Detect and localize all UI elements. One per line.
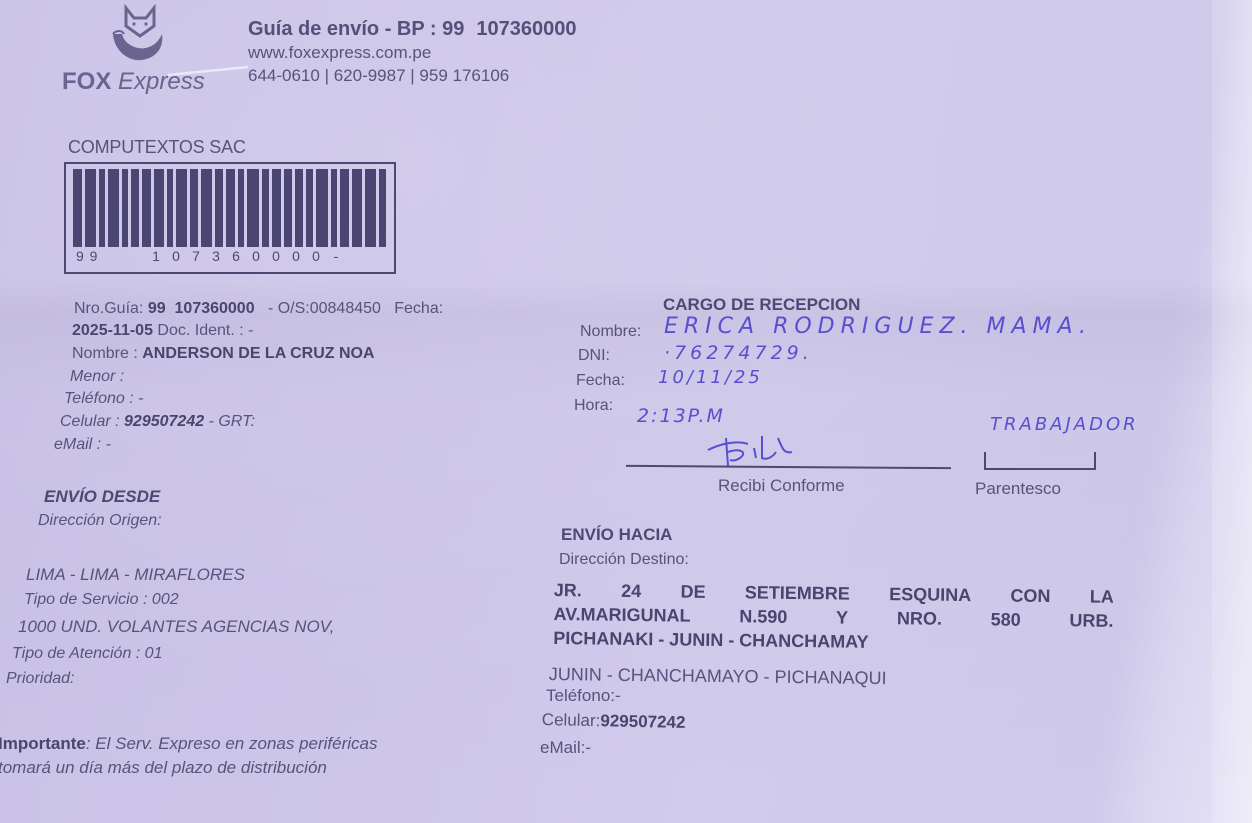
- date-doc-line: 2025-11-05 Doc. Ident. : -: [72, 322, 253, 340]
- shipment-description: 1000 UND. VOLANTES AGENCIAS NOV,: [18, 617, 334, 637]
- receiver-dni-handwritten: ·76274729.: [664, 342, 813, 364]
- receipt-date-label: Fecha:: [576, 372, 625, 390]
- destination-celular-value: 929507242: [600, 711, 685, 732]
- envio-hacia-title: ENVÍO HACIA: [561, 525, 672, 545]
- barcode-digit: 0: [306, 248, 326, 264]
- order-service: - O/S:00848450: [268, 300, 381, 317]
- telefono-field: Teléfono : -: [64, 390, 143, 408]
- service-type: Tipo de Servicio : 002: [24, 591, 179, 609]
- relationship-handwritten: TRABAJADOR: [990, 414, 1139, 435]
- website-link: www.foxexpress.com.pe: [248, 43, 431, 63]
- destination-telefono: Teléfono:-: [546, 686, 621, 706]
- doc-ident: Doc. Ident. : -: [157, 322, 253, 339]
- issue-date: 2025-11-05: [72, 322, 153, 339]
- barcode-digit: -: [326, 248, 346, 264]
- guide-number: 99 107360000: [148, 300, 255, 317]
- envio-desde-title: ENVÍO DESDE: [44, 487, 160, 507]
- paper-shading: [0, 0, 1252, 823]
- receiver-name-label: Nombre:: [580, 323, 641, 341]
- recipient-name-line: Nombre : ANDERSON DE LA CRUZ NOA: [72, 345, 375, 363]
- origin-location: LIMA - LIMA - MIRAFLORES: [26, 565, 245, 585]
- destination-address: JR.24DESETIEMBREESQUINACONLAAV.MARIGUNAL…: [553, 578, 1114, 657]
- fox-icon: [108, 4, 172, 64]
- barcode-digit: 0: [246, 248, 266, 264]
- guide-number-line: Nro.Guía: 99 107360000 - O/S:00848450 Fe…: [74, 300, 443, 318]
- pen-scratch-mark: [166, 64, 250, 78]
- email-field: eMail : -: [54, 436, 111, 454]
- barcode-bars: [71, 169, 389, 247]
- barcode: 9 9107360000-: [64, 162, 396, 274]
- barcode-digit: 6: [226, 248, 246, 264]
- destination-celular-line: Celular:929507242: [542, 710, 686, 733]
- paper-edge: [1212, 0, 1252, 823]
- destination-email: eMail:-: [540, 738, 591, 758]
- parentesco-label: Parentesco: [975, 479, 1061, 499]
- sender-company: COMPUTEXTOS SAC: [68, 137, 246, 158]
- barcode-digits: 9 9107360000-: [76, 248, 346, 264]
- barcode-digit: 1: [146, 248, 166, 264]
- cargo-recepcion-title: CARGO DE RECEPCION: [663, 295, 860, 315]
- phone-numbers: 644-0610 | 620-9987 | 959 176106: [248, 66, 509, 86]
- recipient-name: ANDERSON DE LA CRUZ NOA: [142, 345, 374, 362]
- menor-field: Menor :: [70, 368, 124, 386]
- priority: Prioridad:: [6, 670, 74, 688]
- guide-title: Guía de envío - BP : 99107360000: [248, 18, 576, 41]
- signature: [700, 418, 820, 470]
- attention-type: Tipo de Atención : 01: [12, 645, 162, 663]
- origin-address-label: Dirección Origen:: [38, 512, 162, 530]
- barcode-digit: 7: [186, 248, 206, 264]
- important-note-line1: Importante: El Serv. Expreso en zonas pe…: [0, 734, 378, 754]
- barcode-digit: 3: [206, 248, 226, 264]
- receipt-time-label: Hora:: [574, 397, 613, 415]
- barcode-digit: 0: [266, 248, 286, 264]
- relationship-bracket: [984, 452, 1096, 470]
- receipt-date-handwritten: 10/11/25: [658, 367, 763, 388]
- receiver-dni-label: DNI:: [578, 347, 610, 365]
- important-note-line2: tomará un día más del plazo de distribuc…: [0, 758, 327, 778]
- celular-value: 929507242: [124, 413, 204, 430]
- receiver-name-handwritten: ERICA RODRIGUEZ. MAMA.: [664, 314, 1092, 339]
- recibi-conforme-label: Recibi Conforme: [718, 476, 845, 496]
- celular-line: Celular : 929507242 - GRT:: [60, 413, 255, 431]
- destination-address-label: Dirección Destino:: [559, 551, 689, 569]
- barcode-digit: 0: [286, 248, 306, 264]
- barcode-digit: 0: [166, 248, 186, 264]
